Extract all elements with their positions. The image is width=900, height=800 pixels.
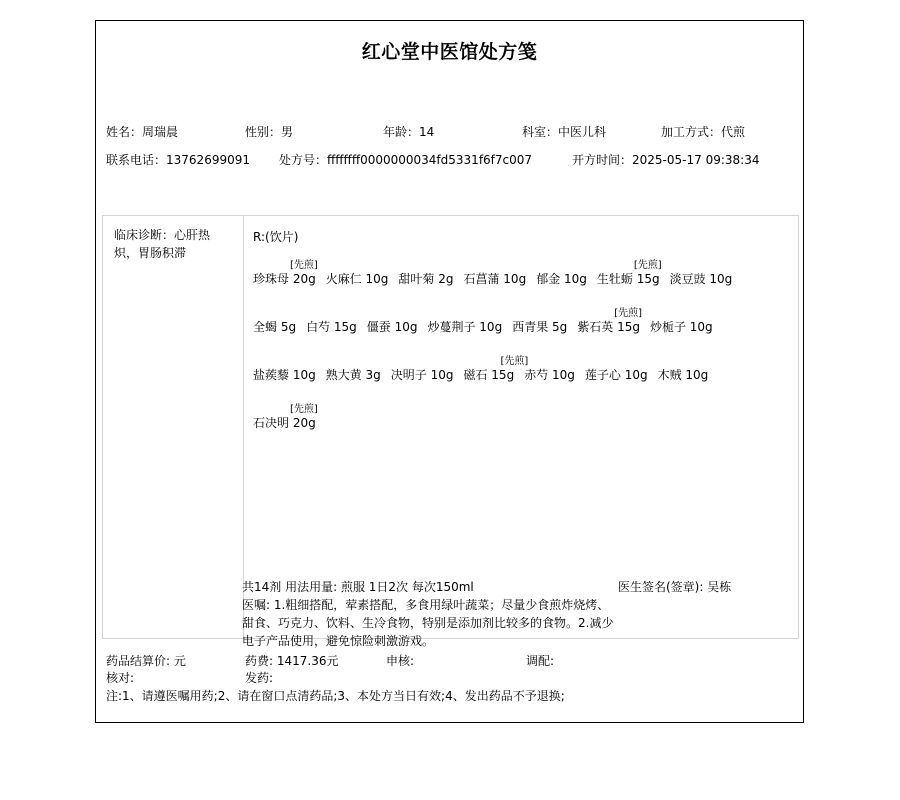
decoct-first-tag: [先煎] [614,304,642,319]
herb-item: 石菖蒲 10g [463,256,526,287]
herb-item: 赤芍 10g [524,352,575,383]
herb-item: 西青果 5g [512,304,567,335]
doctor-name: 吴栋 [707,580,731,594]
phone-value: 13762699091 [166,153,250,167]
patient-phone: 联系电话：13762699091 [106,151,250,168]
check-field: 核对: [106,669,134,686]
herb-item: 全蝎 5g [253,304,296,335]
gender-value: 男 [281,125,293,139]
herb-row-1: [先煎]珍珠母 20g火麻仁 10g甜叶菊 2g石菖蒲 10g郁金 10g[先煎… [253,256,742,296]
herb-item: 白芍 15g [306,304,357,335]
herb-name: 火麻仁 10g [326,272,389,286]
name-label: 姓名： [106,125,142,139]
rx-time-label: 开方时间： [572,153,632,167]
prescription-number: 处方号：ffffffff0000000034fd5331f6f7c007 [279,151,532,168]
herb-item: [先煎]生牡蛎 15g [597,256,660,287]
herb-name: 木贼 10g [658,368,709,382]
drug-fee: 药费: 1417.36元 [245,652,338,669]
herb-item: [先煎]紫石英 15g [577,304,640,335]
herb-name: 赤芍 10g [524,368,575,382]
rx-no-value: ffffffff0000000034fd5331f6f7c007 [327,153,532,167]
rx-time-value: 2025-05-17 09:38:34 [632,153,759,167]
decoct-first-tag: [先煎] [634,256,662,271]
column-divider [243,216,244,638]
review-field: 申核: [386,652,414,669]
herb-item: 炒蔓荆子 10g [427,304,502,335]
herb-name: 白芍 15g [306,320,357,334]
rx-header: R:(饮片) [253,228,298,245]
clinical-diagnosis: 临床诊断：心肝热炽，胃肠积滞 [114,226,234,262]
herb-name: 炒蔓荆子 10g [427,320,502,334]
decoct-first-tag: [先煎] [290,256,318,271]
notice: 注:1、请遵医嘱用药;2、请在窗口点清药品;3、本处方当日有效;4、发出药品不予… [106,687,565,704]
diagnosis-label: 临床诊断： [114,228,174,242]
herb-name: 莲子心 10g [585,368,648,382]
herb-name: 熟大黄 3g [326,368,381,382]
herb-item: 莲子心 10g [585,352,648,383]
herb-name: 珍珠母 20g [253,272,316,286]
prescription-box: 临床诊断：心肝热炽，胃肠积滞 R:(饮片) [先煎]珍珠母 20g火麻仁 10g… [102,215,799,639]
issue-field: 发药: [245,669,273,686]
dispense-field: 调配: [526,652,554,669]
department: 科室：中医儿科 [522,123,606,140]
herb-item: 木贼 10g [658,352,709,383]
herb-item: 决明子 10g [391,352,454,383]
herb-name: 磁石 15g [463,368,514,382]
herb-name: 郁金 10g [536,272,587,286]
prescription-sheet: 红心堂中医馆处方笺 姓名：周瑞晨 性别：男 年龄：14 科室：中医儿科 加工方式… [95,20,804,723]
herb-name: 紫石英 15g [577,320,640,334]
herb-name: 僵蚕 10g [367,320,418,334]
medical-advice: 医嘱: 1.粗细搭配，荤素搭配，多食用绿叶蔬菜；尽量少食煎炸烧烤、甜食、巧克力、… [242,596,617,650]
patient-age: 年龄：14 [383,123,434,140]
phone-label: 联系电话： [106,153,166,167]
herb-row-4: [先煎]石决明 20g [253,400,326,440]
patient-name: 姓名：周瑞晨 [106,123,178,140]
page-title: 红心堂中医馆处方笺 [96,37,803,64]
department-label: 科室： [522,125,558,139]
herb-item: 僵蚕 10g [367,304,418,335]
gender-label: 性别： [245,125,281,139]
processing-method: 加工方式：代煎 [661,123,745,140]
herb-name: 炒栀子 10g [650,320,713,334]
herb-name: 淡豆豉 10g [670,272,733,286]
herb-item: 郁金 10g [536,256,587,287]
age-label: 年龄： [383,125,419,139]
herb-item: 淡豆豉 10g [670,256,733,287]
doctor-label: 医生签名(签章): [618,580,707,594]
settlement-price: 药品结算价: 元 [106,652,186,669]
herb-name: 石决明 20g [253,416,316,430]
processing-label: 加工方式： [661,125,721,139]
herb-name: 西青果 5g [512,320,567,334]
usage-dosage: 共14剂 用法用量: 煎服 1日2次 每次150ml [242,578,474,595]
herb-item: 炒栀子 10g [650,304,713,335]
herb-item: 甜叶菊 2g [398,256,453,287]
herb-name: 全蝎 5g [253,320,296,334]
herb-item: [先煎]珍珠母 20g [253,256,316,287]
herb-item: 火麻仁 10g [326,256,389,287]
herb-name: 甜叶菊 2g [398,272,453,286]
herb-name: 石菖蒲 10g [463,272,526,286]
rx-no-label: 处方号： [279,153,327,167]
name-value: 周瑞晨 [142,125,178,139]
processing-value: 代煎 [721,125,745,139]
herb-item: 熟大黄 3g [326,352,381,383]
patient-gender: 性别：男 [245,123,293,140]
herb-row-2: 全蝎 5g白芍 15g僵蚕 10g炒蔓荆子 10g西青果 5g[先煎]紫石英 1… [253,304,723,344]
decoct-first-tag: [先煎] [290,400,318,415]
herb-item: [先煎]石决明 20g [253,400,316,431]
herb-name: 生牡蛎 15g [597,272,660,286]
prescription-time: 开方时间：2025-05-17 09:38:34 [572,151,759,168]
herb-row-3: 盐蒺藜 10g熟大黄 3g决明子 10g[先煎]磁石 15g赤芍 10g莲子心 … [253,352,718,392]
herb-item: 盐蒺藜 10g [253,352,316,383]
doctor-signature: 医生签名(签章): 吴栋 [618,578,731,595]
herb-item: [先煎]磁石 15g [463,352,514,383]
department-value: 中医儿科 [558,125,606,139]
herb-name: 决明子 10g [391,368,454,382]
herb-name: 盐蒺藜 10g [253,368,316,382]
age-value: 14 [419,125,434,139]
